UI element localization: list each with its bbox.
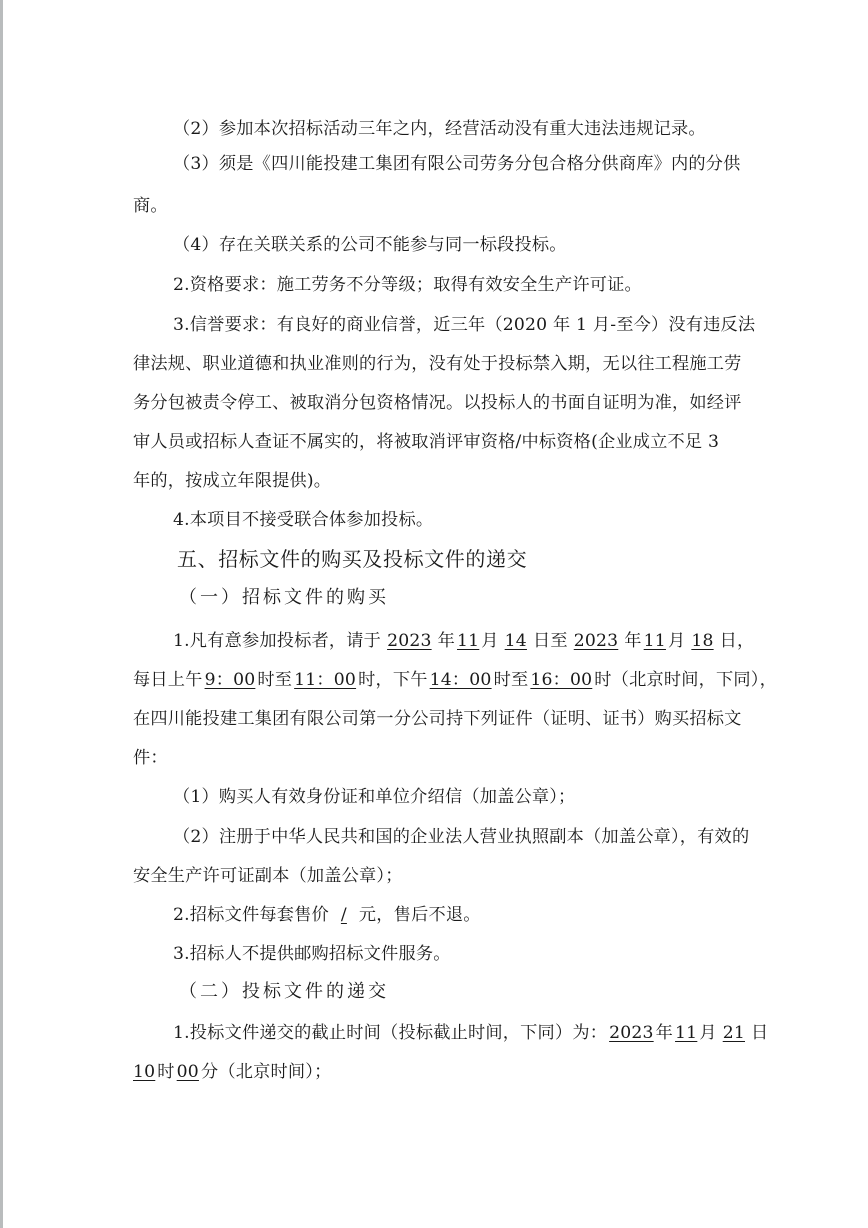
submission-deadline-line1: 1.投标文件递交的截止时间（投标截止时间，下同）为：2023年11月21日: [173, 1022, 768, 1044]
month-label: 月: [668, 631, 685, 651]
required-doc-1: （1）购买人有效身份证和单位介绍信（加盖公章）；: [173, 786, 575, 808]
hour-to-label: 时至: [257, 670, 292, 690]
item-3-text-line2: 商。: [133, 195, 168, 217]
item-2-text: （2）参加本次招标活动三年之内，经营活动没有重大违法违规记录。: [173, 118, 706, 140]
deadline-minute-field: 00: [175, 1062, 201, 1082]
page-left-edge: [0, 0, 3, 1228]
purchase-location-line-end: 件：: [133, 747, 168, 769]
beijing-time-note: 时（北京时间，下同），: [594, 670, 777, 690]
purchase-period-line1: 1.凡有意参加投标者，请于2023年11月14日至2023年11月18日，: [173, 630, 754, 652]
day-label: 日: [751, 1023, 768, 1043]
item-4-text: （4）存在关联关系的公司不能参与同一标段投标。: [173, 234, 567, 256]
submission-deadline-line2: 10时00分（北京时间）；: [133, 1061, 331, 1083]
subsection-submission-heading: （二）投标文件的递交: [179, 980, 389, 1004]
end-month-field: 11: [642, 631, 668, 651]
daily-morning-label: 每日上午: [133, 670, 203, 690]
purchase-prefix: 1.凡有意参加投标者，请于: [173, 631, 381, 651]
required-doc-2-line1: （2）注册于中华人民共和国的企业法人营业执照副本（加盖公章），有效的: [173, 826, 749, 848]
no-consortium-text: 4.本项目不接受联合体参加投标。: [173, 509, 433, 531]
no-mail-order-text: 3.招标人不提供邮购招标文件服务。: [173, 943, 451, 965]
am-end-field: 11：00: [292, 670, 358, 690]
item-3-text-line1: （3）须是《四川能投建工集团有限公司劳务分包合格分供商库》内的分供: [173, 153, 741, 175]
reputation-requirement-line2: 律法规、职业道德和执业准则的行为，没有处于投标禁入期，无以往工程施工劳: [133, 353, 742, 375]
price-suffix: 元，售后不退。: [359, 905, 481, 925]
start-year-field: 2023: [381, 631, 438, 651]
deadline-month-field: 11: [673, 1023, 699, 1043]
deadline-year-field: 2023: [607, 1023, 656, 1043]
reputation-requirement-line5: 年的，按成立年限提供)。: [133, 470, 331, 492]
day-to-label: 日至: [533, 631, 568, 651]
pm-end-field: 16：00: [528, 670, 594, 690]
am-start-field: 9：00: [203, 670, 258, 690]
start-month-field: 11: [455, 631, 481, 651]
start-day-field: 14: [499, 631, 533, 651]
reputation-requirement-line1: 3.信誉要求：有良好的商业信誉，近三年（2020 年 1 月-至今）没有违反法: [173, 314, 755, 336]
end-day-field: 18: [685, 631, 719, 651]
afternoon-label: 时，下午: [358, 670, 428, 690]
year-label: 年: [438, 631, 455, 651]
qualification-requirement: 2.资格要求：施工劳务不分等级；取得有效安全生产许可证。: [173, 274, 642, 296]
reputation-requirement-line4: 审人员或招标人查证不属实的，将被取消评审资格/中标资格(企业成立不足 3: [133, 431, 719, 453]
deadline-hour-field: 10: [133, 1062, 157, 1082]
reputation-requirement-line3: 务分包被责令停工、被取消分包资格情况。以投标人的书面自证明为准，如经评: [133, 392, 742, 414]
price-field: /: [329, 905, 359, 925]
year-label: 年: [656, 1023, 673, 1043]
section-5-heading: 五、招标文件的购买及投标文件的递交: [177, 546, 527, 572]
deadline-day-field: 21: [717, 1023, 751, 1043]
subsection-purchase-heading: （一）招标文件的购买: [179, 586, 389, 610]
purchase-location-line: 在四川能投建工集团有限公司第一分公司持下列证件（证明、证书）购买招标文: [133, 708, 742, 730]
price-label: 2.招标文件每套售价: [173, 905, 329, 925]
year-label: 年: [624, 631, 641, 651]
beijing-time-note: 分（北京时间）；: [201, 1062, 332, 1082]
document-price-line: 2.招标文件每套售价/元，售后不退。: [173, 904, 481, 926]
month-label: 月: [481, 631, 498, 651]
hour-to-label: 时至: [494, 670, 529, 690]
month-label: 月: [699, 1023, 716, 1043]
purchase-period-line2: 每日上午9：00时至11：00时，下午14：00时至16：00时（北京时间，下同…: [133, 669, 777, 691]
deadline-label: 1.投标文件递交的截止时间（投标截止时间，下同）为：: [173, 1023, 607, 1043]
required-doc-2-line2: 安全生产许可证副本（加盖公章）；: [133, 865, 403, 887]
pm-start-field: 14：00: [428, 670, 494, 690]
day-label: 日，: [720, 631, 755, 651]
hour-label: 时: [157, 1062, 174, 1082]
end-year-field: 2023: [568, 631, 625, 651]
